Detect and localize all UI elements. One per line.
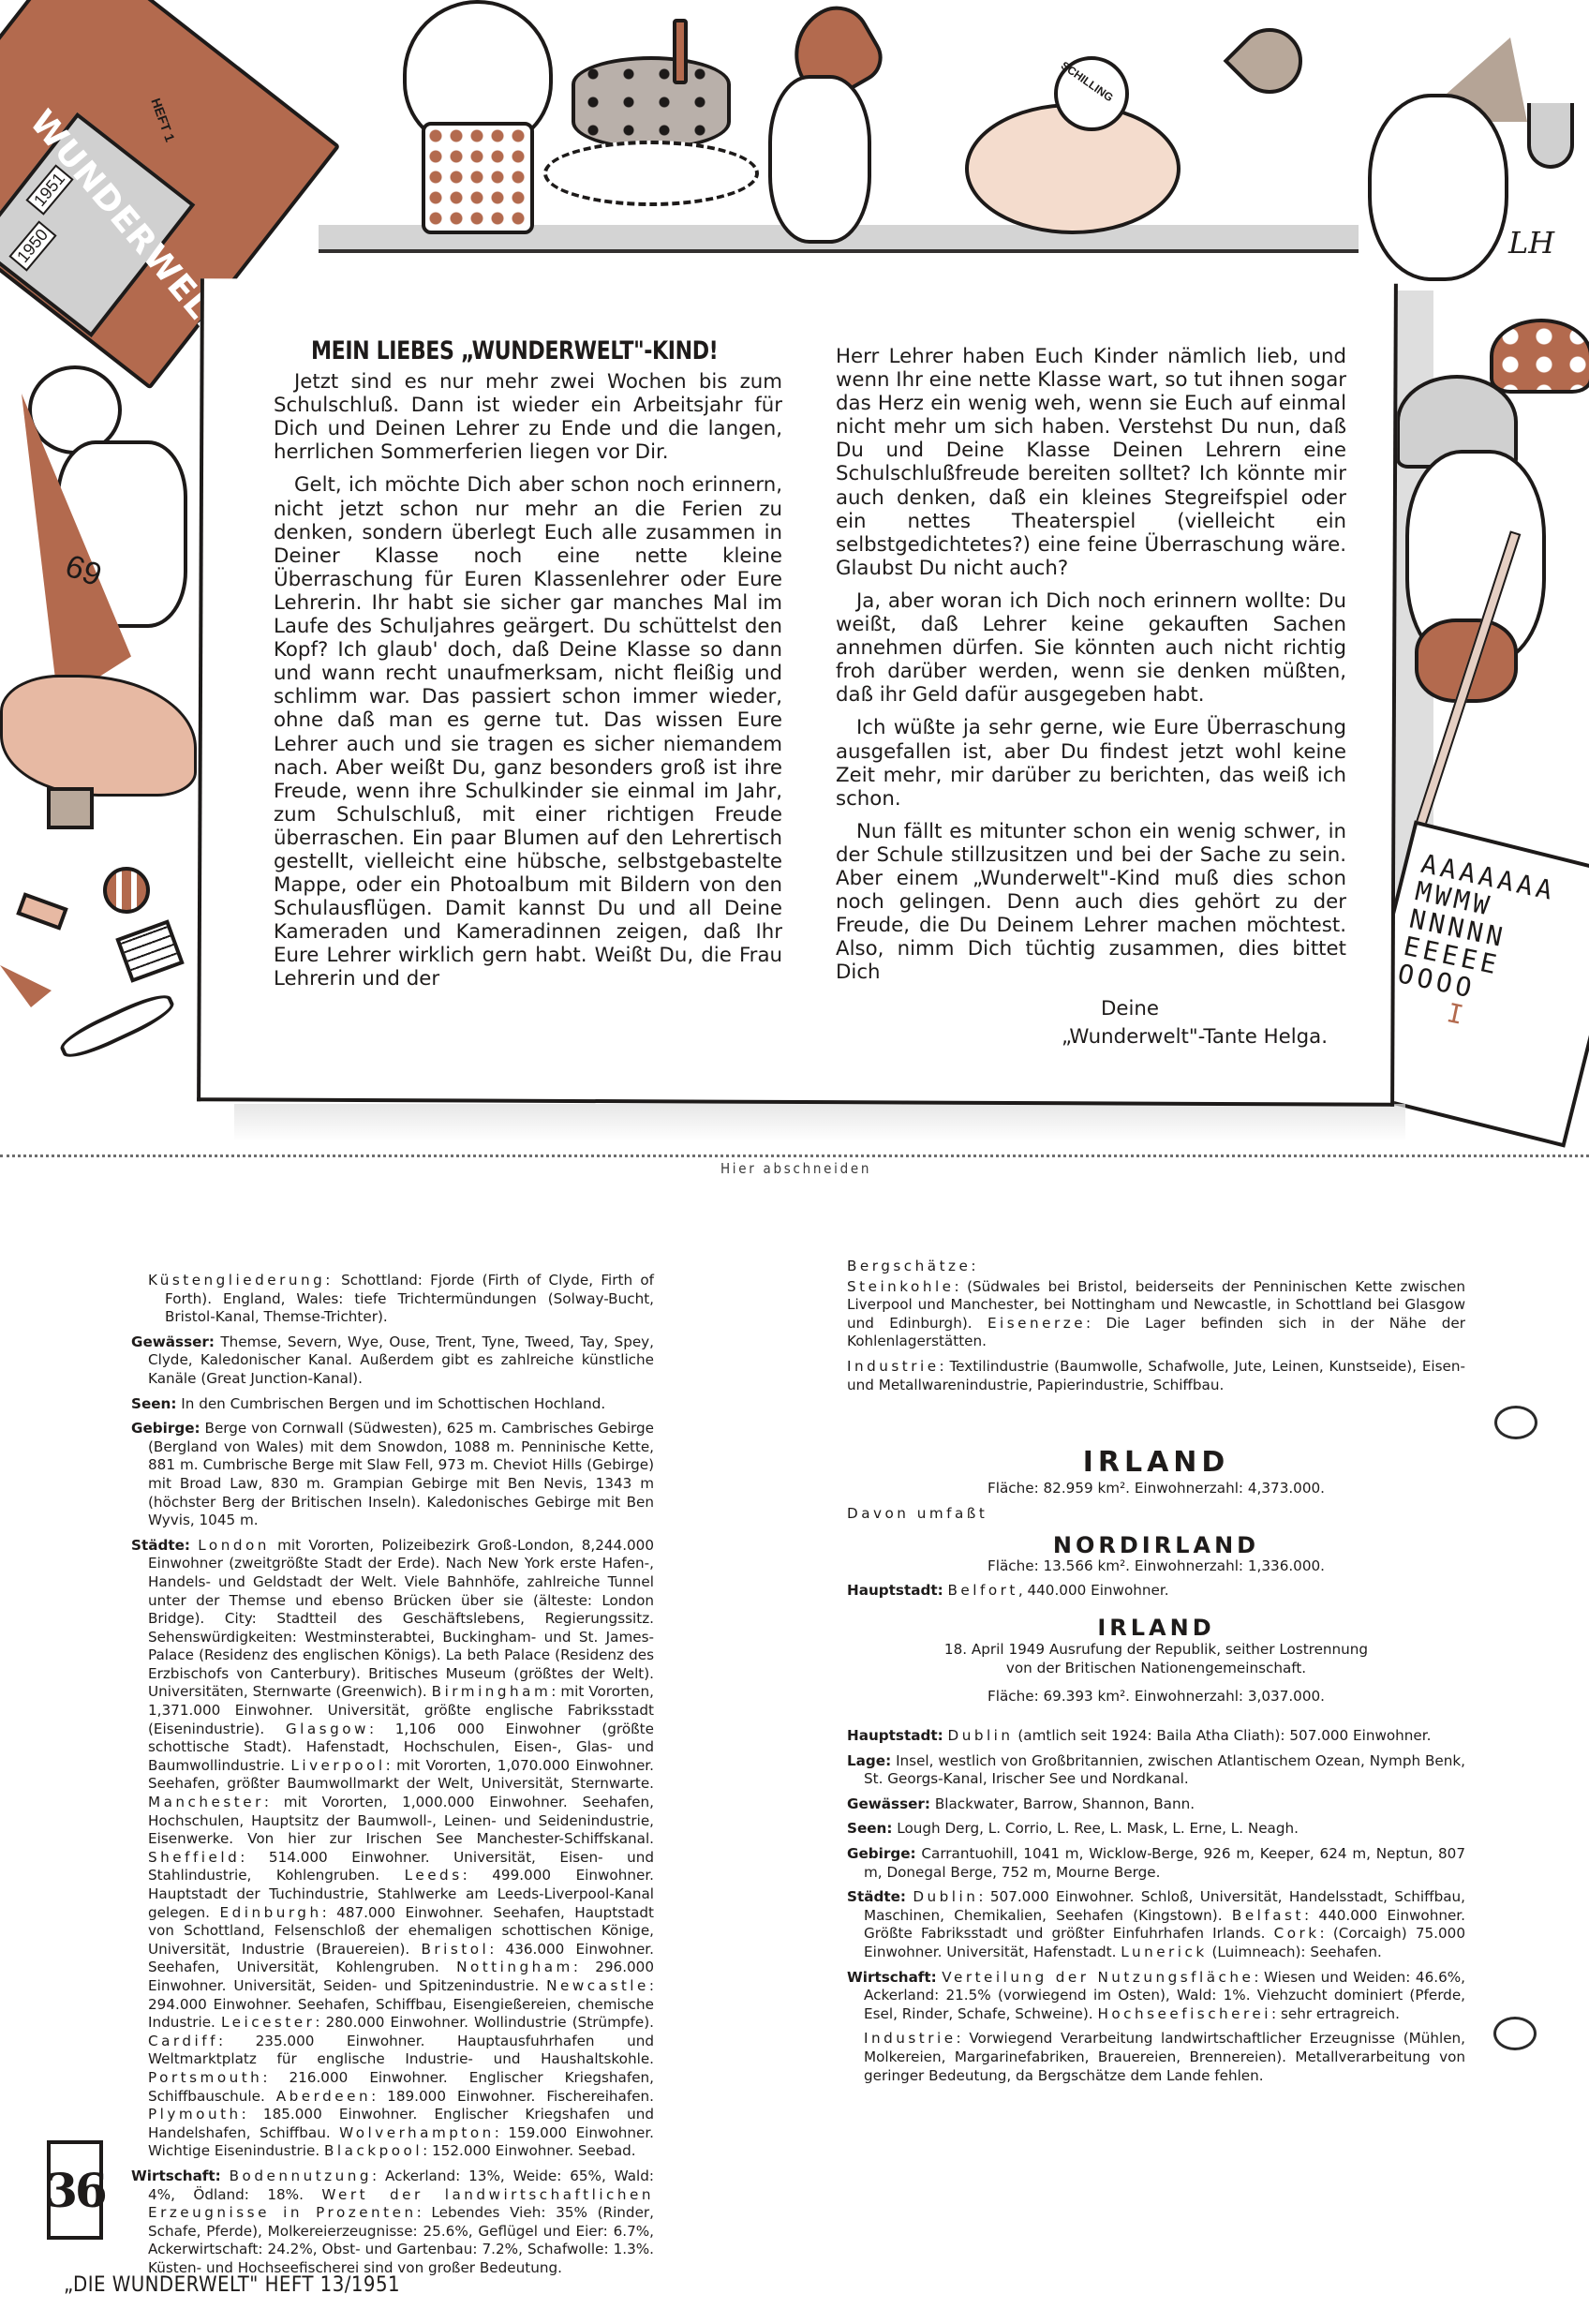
artist-signature: LH [1508,225,1554,261]
dwarf-hat [777,0,892,109]
city-name: Bristol [421,1941,489,1958]
entry-seen-irland: Seen: Lough Derg, L. Corrio, L. Ree, L. … [847,1820,1465,1839]
nordirland-stats: Fläche: 13.566 km². Einwohnerzahl: 1,336… [847,1557,1465,1576]
letter-column-right: Herr Lehrer haben Euch Kinder nämlich li… [836,345,1346,1058]
bear-figure [403,0,553,150]
city-name: Liverpool [290,1757,385,1774]
city-name: Glasgow [286,1721,369,1737]
entry-seen: Seen: In den Cumbrischen Bergen und im S… [131,1395,654,1414]
city-name: Edinburgh [219,1904,321,1921]
city-name: Belfast [1232,1907,1304,1924]
letter-paragraph: Ich wüßte ja sehr gerne, wie Eure Überra… [836,716,1346,810]
signature-name: „Wunderwelt"-Tante Helga. [836,1025,1346,1049]
geography-column-left: Küstengliederung: Schottland: Fjorde (Fi… [131,1272,654,2284]
heading-nordirland: NORDIRLAND [847,1537,1465,1556]
gnome-right-figure [1405,450,1546,665]
city-name: Nottingham [456,1959,573,1975]
letter-paragraph: Ja, aber woran ich Dich noch erinnern wo… [836,589,1346,707]
page-number: 36 [47,2140,103,2240]
letter-paragraph: Jetzt sind es nur mehr zwei Wochen bis z… [274,370,782,464]
punch-hole-marker [1494,1406,1537,1439]
magazine-year-1951: 1951 [25,164,73,215]
city-name: Wolverhampton [339,2124,495,2141]
city-description: : 235.000 Einwohner. Hauptausfuhrhafen u… [148,2033,654,2068]
school-cone [9,394,131,703]
entry-gebirge: Gebirge: Berge von Cornwall (Südwesten),… [131,1420,654,1530]
heading-irland: IRLAND [847,1453,1465,1472]
entry-kuestengliederung: Küstengliederung: Schottland: Fjorde (Fi… [131,1272,654,1327]
toy-abacus [115,919,184,983]
letter-paragraph: Gelt, ich möchte Dich aber schon noch er… [274,473,782,991]
city-name: Sheffield [148,1849,240,1866]
city-name: Lunerick [1121,1944,1207,1960]
entry-wirtschaft-irland: Wirtschaft: Verteilung der Nutzungsfläch… [847,1969,1465,2024]
city-name: Cardiff [148,2033,218,2049]
entry-staedte: Städte: London mit Vororten, Polizeibezi… [131,1537,654,2161]
entry-steinkohle: Steinkohle: (Südwales bei Bristol, beide… [847,1278,1465,1351]
horseshoe-icon [1527,103,1574,169]
coin-label: SCHILLING [1059,59,1116,105]
city-description: mit Vororten, Polizeibezirk Groß-London,… [148,1537,654,1701]
gnome-trousers [1415,618,1518,703]
punch-hole-marker [1493,2017,1537,2050]
heading-republik-irland: IRLAND [847,1619,1465,1638]
city-description: : 280.000 Einwohner. Wollindustrie (Strü… [315,2014,654,2031]
republik-note-1: 18. April 1949 Ausrufung der Republik, s… [847,1641,1465,1660]
city-name: Leicester [221,2014,315,2031]
cake-plate [543,141,759,206]
gnome-figure [1368,94,1508,281]
toy-ball [103,867,150,914]
entry-bergschaetze-heading: Bergschätze: [847,1258,1465,1276]
letter-paragraph: Herr Lehrer haben Euch Kinder nämlich li… [836,345,1346,580]
toy-boat [0,965,52,1007]
magazine-year-1950: 1950 [8,220,56,271]
geography-column-right: Bergschätze: Steinkohle: (Südwales bei B… [847,1258,1465,2092]
republik-stats: Fläche: 69.393 km². Einwohnerzahl: 3,037… [847,1688,1465,1706]
entry-gewaesser: Gewässer: Themse, Severn, Wye, Ouse, Tre… [131,1333,654,1389]
city-name: Dublin [913,1888,978,1905]
city-description: (Luimneach): Seehafen. [1208,1944,1382,1960]
bear-apron [422,122,534,234]
boy-head [28,365,122,454]
toy-chair [47,787,94,829]
entry-lage: Lage: Insel, westlich von Großbritannien… [847,1752,1465,1789]
gnome-bell-hat [1396,375,1518,469]
city-name: Cork [1274,1925,1320,1942]
city-description: : 189.000 Einwohner. Fischereihafen. [371,2088,654,2105]
letter-paragraph: Nun fällt es mitunter schon ein wenig sc… [836,820,1346,985]
toy-giraffe [56,988,178,1065]
city-name: Leeds [405,1867,463,1884]
city-name: Manchester [148,1794,264,1810]
shelf-surface [319,225,1359,253]
frame-shadow [234,1104,1405,1141]
candle-icon [673,19,688,84]
carpet [0,675,197,797]
ski-pole [1414,530,1522,831]
schilling-coin [1054,56,1129,131]
irland-stats: Fläche: 82.959 km². Einwohnerzahl: 4,373… [847,1480,1465,1498]
piggy-bank-illustration [965,103,1181,234]
magazine-title-text: WUNDERWELT [22,103,230,341]
city-name: Plymouth [148,2106,242,2123]
republik-note-2: von der Britischen Nationengemeinschaft. [847,1660,1465,1678]
entry-staedte-irland: Städte: Dublin: 507.000 Einwohner. Schlo… [847,1888,1465,1961]
magazine-cover-picture [0,112,195,337]
city-description: : 152.000 Einwohner. Seebad. [423,2142,636,2159]
mushroom-icon [1490,319,1589,394]
clover-icon [1224,15,1316,108]
city-name: Blackpool [324,2142,423,2159]
entry-industrie-gb: Industrie: Textilindustrie (Baumwolle, S… [847,1358,1465,1394]
city-name: London [198,1537,270,1554]
city-name: Aberdeen [276,2088,371,2105]
nordirland-hauptstadt: Hauptstadt: Belfort, 440.000 Einwohner. [847,1582,1465,1601]
magazine-issue-label: HEFT 1 [148,97,178,144]
city-name: Birmingham [432,1683,552,1700]
boy-body [56,440,187,628]
city-name: Newcastle [546,1977,649,1994]
davon-umfasst: Davon umfaßt [847,1505,1465,1524]
toy-block [16,892,68,931]
footer-publication: „DIE WUNDERWELT" HEFT 13/1951 [64,2273,400,2297]
entry-gebirge-irland: Gebirge: Carrantuohill, 1041 m, Wicklow-… [847,1845,1465,1882]
cake-illustration [572,56,731,150]
entry-gewaesser-irland: Gewässer: Blackwater, Barrow, Shannon, B… [847,1795,1465,1814]
entry-hauptstadt: Hauptstadt: Dublin (amtlich seit 1924: B… [847,1727,1465,1746]
entry-industrie-irland: Industrie: Vorwiegend Verarbeitung landw… [847,2030,1465,2085]
letter-title: MEIN LIEBES „WUNDERWELT"-KIND! [311,339,697,363]
letter-column-left: MEIN LIEBES „WUNDERWELT"-KIND! Jetzt sin… [274,339,782,1001]
cut-here-label: Hier abschneiden [720,1160,871,1177]
dwarf-figure [768,75,871,244]
entry-wirtschaft: Wirtschaft: Bodennutzung: Ackerland: 13%… [131,2168,654,2278]
cut-line [0,1155,1589,1157]
gnome-hat [1415,37,1527,122]
signature-greeting: Deine [836,997,1346,1020]
eye-chart-text: AAAAAAA MWMW NNNNN EEEEE OOOO I [1389,850,1558,1043]
city-name: Portsmouth [148,2069,262,2086]
right-side-panel [1396,290,1433,1106]
cone-number: 69 [60,548,106,595]
